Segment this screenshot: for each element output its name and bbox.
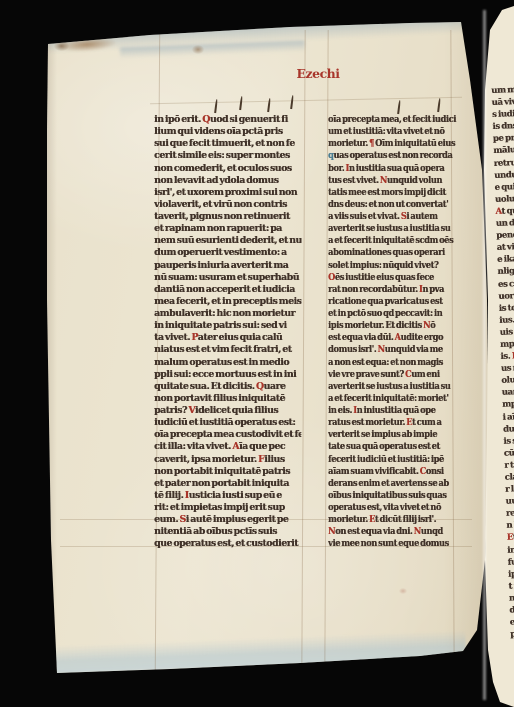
text-line: un dcī xyxy=(496,216,514,231)
text-line: fuo ras xyxy=(507,554,514,569)
text-line: ambulaverit: hic non morietur xyxy=(154,308,301,320)
text-line: cit illa: vita vivet. Aīa que pec xyxy=(154,441,301,453)
text-line: et rapinam non rapuerit: pa xyxy=(154,223,301,235)
text-line: uā vivē xyxy=(491,95,514,110)
photo-stage: Ezechi in ipō erit. Quod si genuerit fil… xyxy=(0,0,514,707)
ruling-line xyxy=(301,30,305,670)
text-line: quitate sua. Et dicitis. Quare xyxy=(154,381,301,393)
text-line: est equa via dūi. Audite ergo xyxy=(328,332,459,344)
text-line: mpor pdi xyxy=(500,337,514,352)
text-line: oīa precepta mea, et fecit iudici xyxy=(328,114,459,126)
text-line: violaverit, et virū non contris xyxy=(154,199,301,211)
text-line: us rigu xyxy=(501,361,514,376)
text-line: taverit, pignus non retinuerit xyxy=(154,211,301,223)
text-line: is dns E xyxy=(492,119,514,134)
text-line: malum operatus est in medio xyxy=(154,357,301,369)
text-line: lium qui videns oīa pctā pris xyxy=(154,126,301,138)
text-line: a et fecerit iniquitatē scdm oēs xyxy=(328,235,459,247)
text-line: um mag xyxy=(491,83,514,98)
text-line: oīa precepta mea custodivit et fe xyxy=(154,429,301,441)
text-line: a non est equa: et non magis xyxy=(328,357,459,369)
text-line: iudiciū et iustitiā operatus est: xyxy=(154,417,301,429)
text-line: mns oē xyxy=(509,590,514,605)
text-line: averterit se iustus a iustitia su xyxy=(328,381,459,393)
text-line: bor. In iustitia sua quā opera xyxy=(328,163,459,175)
text-line: is tortes xyxy=(499,300,514,315)
text-line: solet impius: nūquid vivet? xyxy=(328,260,459,272)
ascender-flourish xyxy=(239,96,242,110)
text-line: uolus di xyxy=(495,192,514,207)
text-line: a et fecerit iniquitatē: moriet' xyxy=(328,393,459,405)
text-line: nū suam: usuram et superhabū xyxy=(154,272,301,284)
text-line: pe primi xyxy=(493,131,514,146)
text-line: r labīr xyxy=(505,482,514,497)
text-line: e quius p xyxy=(494,180,514,195)
text-line: nem suū esurienti dederit, et nu xyxy=(154,235,301,247)
text-line: undus ni xyxy=(494,167,514,182)
text-line: operatus est, vita vivet et nō xyxy=(328,502,459,514)
text-line: ta vivet. Pater eius quia calū xyxy=(154,332,301,344)
text-line: averterit se iustus a iustitia su xyxy=(328,223,459,235)
text-line: ricatione qua pvaricatus est xyxy=(328,296,459,308)
text-line: n locis xyxy=(506,518,514,533)
text-line: inua re xyxy=(507,542,514,557)
text-line: retruunā xyxy=(494,155,514,170)
text-line: cerit simile eis: super montes xyxy=(154,150,301,162)
text-line: tē filij. Iusticia iusti sup eū e xyxy=(154,490,301,502)
facing-page-text: um maguā vivēs iudicatis dns Epe primimā… xyxy=(491,83,514,642)
text-line: s iudicat xyxy=(492,107,514,122)
text-line: niatus est et vim fecit fratri, et xyxy=(154,344,301,356)
text-line: et in pctō suo qd peccavit: in xyxy=(328,308,459,320)
text-line: ppli sui: ecce mortuus est in ini xyxy=(154,369,301,381)
text-line: a viis suis et vivat. Si autem xyxy=(328,211,459,223)
text-line: duo ras: xyxy=(503,421,514,436)
text-line: ius. Et d xyxy=(499,313,514,328)
ascender-flourish xyxy=(397,100,400,114)
text-line: Oēs iustitie eius quas fece xyxy=(328,272,459,284)
text-line: uor lenas xyxy=(498,288,514,303)
text-line: cū uō d xyxy=(504,445,514,460)
text-line: dno ms; xyxy=(509,603,514,618)
text-line: derans enim et avertens se ab xyxy=(328,478,459,490)
text-line: penes dn xyxy=(496,228,514,243)
text-line: in iniquitate patris sui: sed vi xyxy=(154,320,301,332)
ascender-flourish xyxy=(437,98,440,112)
ascender-flourish xyxy=(290,95,293,109)
text-line: in ipō erit. Quod si genuerit fi xyxy=(154,114,301,126)
text-line: non comederit, et oculos suos xyxy=(154,163,301,175)
stain xyxy=(192,45,204,54)
text-line: que operatus est, et custodierit xyxy=(154,538,301,550)
text-line: non levavit ad ydola domus xyxy=(154,175,301,187)
text-line: tatis mee est mors impij dicit xyxy=(328,187,459,199)
text-line: morietur. ¶ Oīm iniquitatū eius xyxy=(328,138,459,150)
text-line: verterit se impius ab impie xyxy=(328,429,459,441)
text-line: Et quū xyxy=(507,530,514,545)
text-line: is suis xyxy=(503,433,514,448)
text-line: caverit, ipsa morietur. Filius xyxy=(154,454,301,466)
text-line: nitentiā ab oībus pctīs suis xyxy=(154,526,301,538)
text-line: r tū dcī xyxy=(504,458,514,473)
text-line: dns deus: et non ut convertat' xyxy=(328,199,459,211)
text-line: in eis. In iniustitia quā ope xyxy=(328,405,459,417)
text-line: non portavit filius iniquitatē xyxy=(154,393,301,405)
text-line: ip Cau xyxy=(508,566,514,581)
text-line: vie mee non sunt eque domus xyxy=(328,538,459,550)
text-line: dum operuerit vestimento: a xyxy=(154,247,301,259)
text-line: domus isrl'. Nunquid via me xyxy=(328,344,459,356)
text-line: e ikais a xyxy=(497,252,514,267)
text-line: quas operatus est non recorda xyxy=(328,150,459,162)
ruling-line xyxy=(150,97,462,105)
text-line: fecerit iudiciū et iustitiā: ipē xyxy=(328,454,459,466)
running-header: Ezechi xyxy=(294,66,342,81)
text-line: non portabit iniquitatē patris xyxy=(154,466,301,478)
text-line: mp Cut xyxy=(502,397,514,412)
text-line: dantiā non acceperit et iudicia xyxy=(154,284,301,296)
text-line: oībus iniquitatibus suis quas xyxy=(328,490,459,502)
bottom-edge-discoloration xyxy=(53,630,466,674)
text-line: uus ce xyxy=(505,494,514,509)
text-line: ratus est morietur. Et cum a xyxy=(328,417,459,429)
text-column-left: in ipō erit. Quod si genuerit filium qui… xyxy=(154,114,301,551)
text-line: morietur. Et dicūt filij isrl'. xyxy=(328,514,459,526)
manuscript-page: Ezechi in ipō erit. Quod si genuerit fil… xyxy=(0,0,514,707)
text-line: at vivīt xyxy=(496,240,514,255)
text-line: t irīa xyxy=(508,578,514,593)
text-column-right: oīa precepta mea, et fecit iudicium et i… xyxy=(328,114,459,551)
text-line: nliguis xyxy=(497,264,514,279)
text-line: eum. Si autē impius egerit pe xyxy=(154,514,301,526)
text-line: tus est vivet. Nunquid volun xyxy=(328,175,459,187)
text-line: uam rī u xyxy=(502,385,514,400)
page-edge-shadow xyxy=(47,30,57,680)
text-line: mea fecerit, et in preceptis meis xyxy=(154,296,301,308)
text-line: et fidis xyxy=(510,615,514,630)
text-line: olus cur xyxy=(501,373,514,388)
text-line: Non est equa via dni. Nunqd xyxy=(328,526,459,538)
text-line: is. Et au xyxy=(500,349,514,364)
stain xyxy=(399,588,407,594)
text-line: isrl', et uxorem proximi sui non xyxy=(154,187,301,199)
text-line: aīam suam vivificabit. Consi xyxy=(328,466,459,478)
text-line: uis las: u xyxy=(499,325,514,340)
text-line: mālus p xyxy=(493,143,514,158)
text-line: um et iustitiā: vita vivet et nō xyxy=(328,126,459,138)
facing-page-edge-highlight xyxy=(483,10,486,700)
text-line: rat non recordabūtur. In pva xyxy=(328,284,459,296)
text-line: ipis morietur. Et dicitis Nō xyxy=(328,320,459,332)
text-line: es couū xyxy=(498,276,514,291)
text-line: At quīl xyxy=(495,204,514,219)
text-line: patris? Videlicet quia filius xyxy=(154,405,301,417)
text-line: per oīa xyxy=(510,627,514,642)
text-line: clam euc xyxy=(505,470,514,485)
text-line: abominationes quas operari xyxy=(328,247,459,259)
text-line: vie vre prave sunt? Cum eni xyxy=(328,369,459,381)
text-line: refuai xyxy=(506,506,514,521)
text-line: sui que fecit timuerit, et non fe xyxy=(154,138,301,150)
text-line: tate sua quā operatus est et xyxy=(328,441,459,453)
text-line: et pater non portabit iniquita xyxy=(154,478,301,490)
text-line: rit: et impietas impij erit sup xyxy=(154,502,301,514)
text-line: pauperis iniuria averterit ma xyxy=(154,260,301,272)
text-line: i aīaun xyxy=(502,409,514,424)
